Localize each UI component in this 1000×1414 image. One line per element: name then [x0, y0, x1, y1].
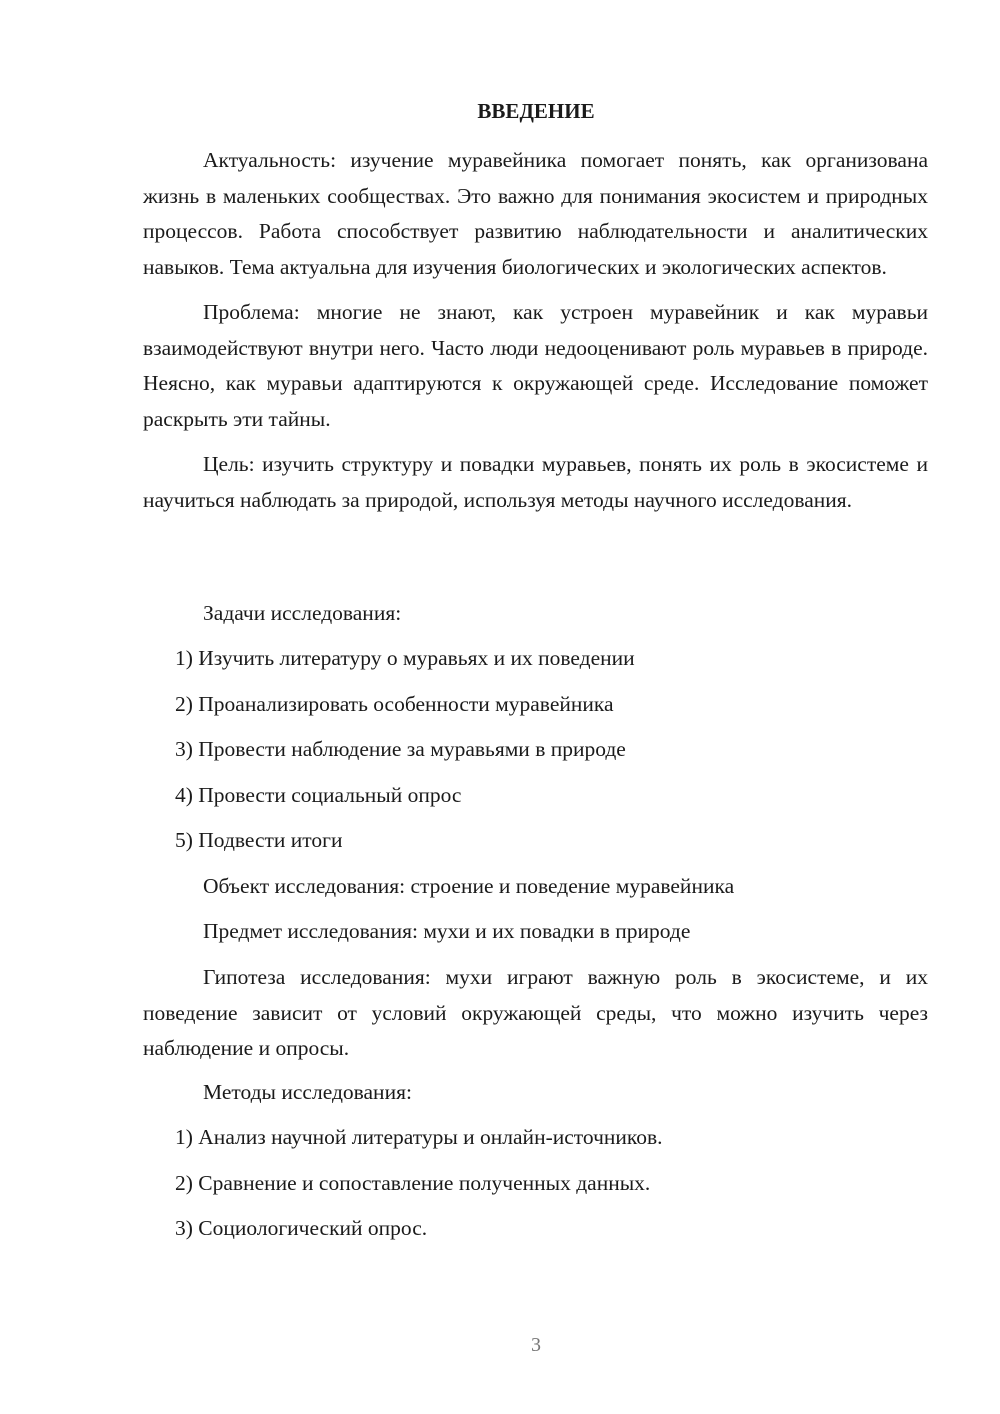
- object-line: Объект исследования: строение и поведени…: [203, 869, 734, 905]
- hypothesis-paragraph: Гипотеза исследования: мухи играют важну…: [143, 960, 928, 1067]
- method-item: 2) Сравнение и сопоставление полученных …: [175, 1166, 650, 1202]
- page-number: 3: [0, 1334, 1000, 1357]
- goal-paragraph: Цель: изучить структуру и повадки муравь…: [143, 447, 928, 518]
- task-item: 4) Провести социальный опрос: [175, 778, 461, 814]
- method-item: 3) Социологический опрос.: [175, 1211, 427, 1247]
- problem-paragraph: Проблема: многие не знают, как устроен м…: [143, 295, 928, 437]
- tasks-heading: Задачи исследования:: [203, 596, 401, 632]
- intro-paragraphs: Актуальность: изучение муравейника помог…: [143, 143, 928, 518]
- subject-line: Предмет исследования: мухи и их повадки …: [203, 914, 690, 950]
- document-page: ВВЕДЕНИЕ Актуальность: изучение муравейн…: [0, 0, 1000, 1414]
- task-item: 1) Изучить литературу о муравьях и их по…: [175, 641, 635, 677]
- method-item: 1) Анализ научной литературы и онлайн-ис…: [175, 1120, 663, 1156]
- page-title: ВВЕДЕНИЕ: [0, 96, 1000, 126]
- methods-heading: Методы исследования:: [203, 1075, 412, 1111]
- hypothesis-section: Гипотеза исследования: мухи играют важну…: [143, 960, 928, 1067]
- task-item: 5) Подвести итоги: [175, 823, 343, 859]
- task-item: 3) Провести наблюдение за муравьями в пр…: [175, 732, 626, 768]
- relevance-paragraph: Актуальность: изучение муравейника помог…: [143, 143, 928, 285]
- task-item: 2) Проанализировать особенности муравейн…: [175, 687, 614, 723]
